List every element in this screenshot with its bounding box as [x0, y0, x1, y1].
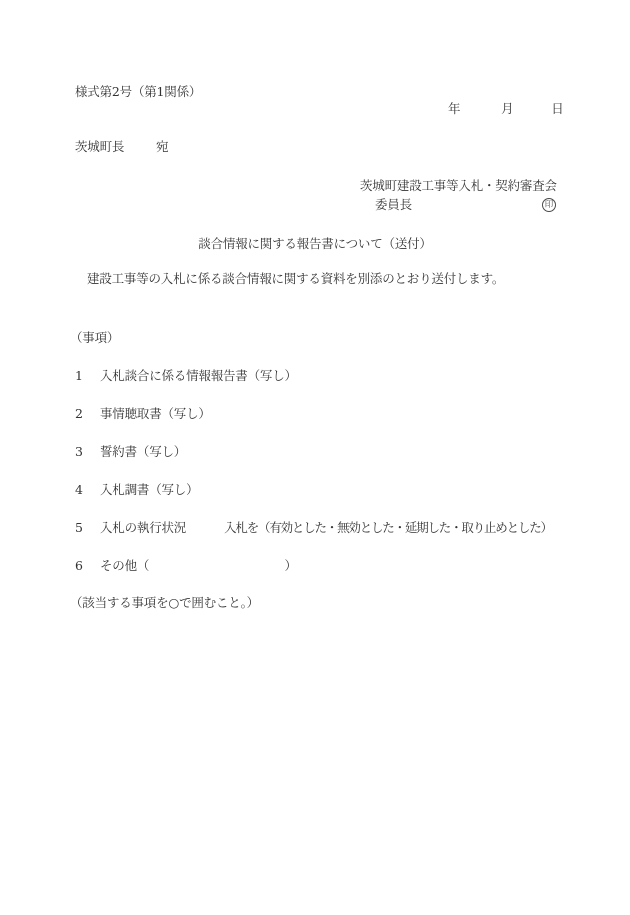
item-text: その他 [100, 558, 137, 573]
day-label: 日 [551, 101, 563, 116]
date-line: 年 月 日 [448, 101, 564, 117]
item-number: 1 [75, 368, 100, 384]
item-row-5: 5入札の執行状況入札を（有効とした・無効とした・延期した・取り止めとした） [75, 520, 552, 536]
sender-organization: 茨城町建設工事等入札・契約審査会 [360, 178, 557, 194]
item-text: 事情聴取書（写し） [100, 406, 211, 421]
body-paragraph: 建設工事等の入札に係る談合情報に関する資料を別添のとおり送付します。 [75, 271, 575, 287]
sender-title-line: 委員長 印 [375, 197, 556, 213]
item-text: 誓約書（写し） [100, 444, 186, 459]
addressee-line: 茨城町長 宛 [75, 139, 168, 155]
items-heading: （事項） [70, 330, 119, 346]
item-number: 5 [75, 520, 100, 536]
month-label: 月 [501, 101, 513, 116]
item-row-6: 6その他（ ） [75, 558, 297, 574]
item-row-4: 4入札調書（写し） [75, 482, 198, 498]
item-text: 入札の執行状況 [100, 520, 186, 535]
item-options: 入札を（有効とした・無効とした・延期した・取り止めとした） [224, 520, 552, 535]
item-number: 6 [75, 558, 100, 574]
year-label: 年 [448, 101, 460, 116]
form-number: 様式第2号（第1関係） [75, 84, 201, 100]
seal-icon: 印 [542, 198, 556, 212]
item-row-1: 1入札談合に係る情報報告書（写し） [75, 368, 297, 384]
addressee-name: 茨城町長 [75, 139, 124, 154]
instruction-note: （該当する事項を○で囲むこと。） [70, 595, 259, 611]
addressee-suffix: 宛 [156, 139, 168, 154]
document-page: 様式第2号（第1関係） 年 月 日 茨城町長 宛 茨城町建設工事等入札・契約審査… [0, 0, 630, 915]
item-text: 入札談合に係る情報報告書（写し） [100, 368, 297, 383]
item-row-2: 2事情聴取書（写し） [75, 406, 211, 422]
sender-title: 委員長 [375, 197, 412, 213]
document-title: 談合情報に関する報告書について（送付） [0, 236, 630, 252]
item-number: 3 [75, 444, 100, 460]
item-row-3: 3誓約書（写し） [75, 444, 186, 460]
item-text: 入札調書（写し） [100, 482, 198, 497]
item-blank-field: （ ） [137, 558, 297, 573]
item-number: 2 [75, 406, 100, 422]
item-number: 4 [75, 482, 100, 498]
